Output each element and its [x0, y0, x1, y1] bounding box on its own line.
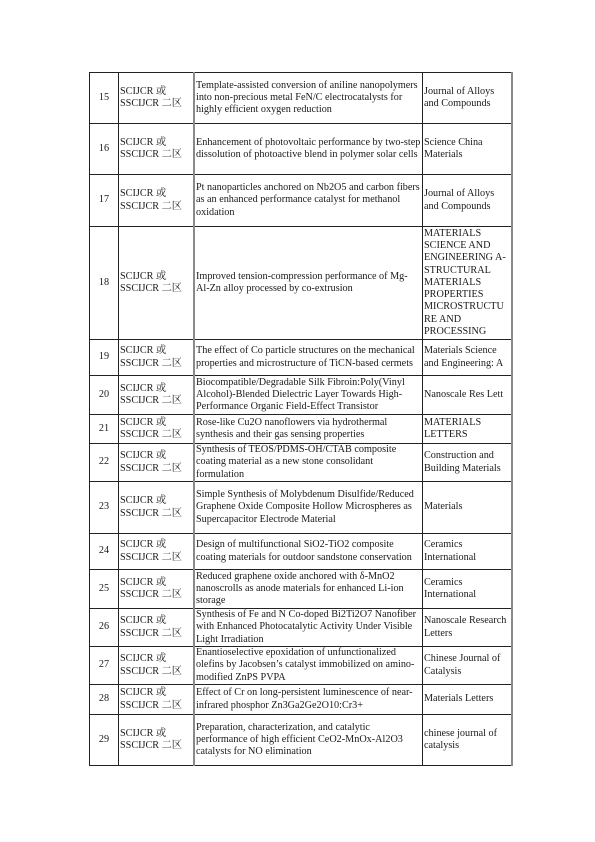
- table-row: 20 SCIJCR 或 SSCIJCR 二区 Biocompatible/Deg…: [90, 376, 513, 415]
- index-category: SCIJCR 或 SSCIJCR 二区: [119, 444, 195, 482]
- index-category: SCIJCR 或 SSCIJCR 二区: [119, 376, 195, 415]
- index-line-2: SSCIJCR 二区: [120, 283, 192, 295]
- paper-title: Improved tension-compression performance…: [194, 227, 423, 340]
- row-number: 15: [90, 73, 119, 124]
- row-number: 25: [90, 570, 119, 609]
- row-number: 18: [90, 227, 119, 340]
- index-category: SCIJCR 或 SSCIJCR 二区: [119, 73, 195, 124]
- journal-name: MATERIALS SCIENCE AND ENGINEERING A-STRU…: [423, 227, 513, 340]
- journal-name: Journal of Alloys and Compounds: [423, 73, 513, 124]
- row-number: 26: [90, 609, 119, 647]
- table-row: 21 SCIJCR 或 SSCIJCR 二区 Rose-like Cu2O na…: [90, 415, 513, 444]
- index-line-2: SSCIJCR 二区: [120, 700, 192, 712]
- paper-title: Reduced graphene oxide anchored with δ-M…: [194, 570, 423, 609]
- index-line-2: SSCIJCR 二区: [120, 358, 192, 370]
- journal-name: Materials Letters: [423, 685, 513, 715]
- paper-title: Template-assisted conversion of aniline …: [194, 73, 423, 124]
- table-row: 18 SCIJCR 或 SSCIJCR 二区 Improved tension-…: [90, 227, 513, 340]
- table-row: 19 SCIJCR 或 SSCIJCR 二区 The effect of Co …: [90, 340, 513, 376]
- document-page: 15 SCIJCR 或 SSCIJCR 二区 Template-assisted…: [0, 0, 595, 842]
- table-row: 23 SCIJCR 或 SSCIJCR 二区 Simple Synthesis …: [90, 482, 513, 534]
- index-line-1: SCIJCR 或: [120, 495, 192, 507]
- paper-title: Synthesis of TEOS/PDMS-OH/CTAB composite…: [194, 444, 423, 482]
- index-line-1: SCIJCR 或: [120, 653, 192, 665]
- index-line-1: SCIJCR 或: [120, 345, 192, 357]
- table-row: 22 SCIJCR 或 SSCIJCR 二区 Synthesis of TEOS…: [90, 444, 513, 482]
- row-number: 20: [90, 376, 119, 415]
- paper-title: Pt nanoparticles anchored on Nb2O5 and c…: [194, 175, 423, 227]
- index-line-2: SSCIJCR 二区: [120, 552, 192, 564]
- index-line-1: SCIJCR 或: [120, 728, 192, 740]
- index-line-2: SSCIJCR 二区: [120, 98, 192, 110]
- index-line-1: SCIJCR 或: [120, 86, 192, 98]
- row-number: 28: [90, 685, 119, 715]
- index-line-1: SCIJCR 或: [120, 383, 192, 395]
- index-line-1: SCIJCR 或: [120, 137, 192, 149]
- table-row: 29 SCIJCR 或 SSCIJCR 二区 Preparation, char…: [90, 715, 513, 766]
- paper-title: Biocompatible/Degradable Silk Fibroin:Po…: [194, 376, 423, 415]
- index-category: SCIJCR 或 SSCIJCR 二区: [119, 715, 195, 766]
- row-number: 19: [90, 340, 119, 376]
- index-category: SCIJCR 或 SSCIJCR 二区: [119, 534, 195, 570]
- index-line-2: SSCIJCR 二区: [120, 463, 192, 475]
- journal-name: Science China Materials: [423, 124, 513, 175]
- table-row: 28 SCIJCR 或 SSCIJCR 二区 Effect of Cr on l…: [90, 685, 513, 715]
- index-category: SCIJCR 或 SSCIJCR 二区: [119, 685, 195, 715]
- index-category: SCIJCR 或 SSCIJCR 二区: [119, 227, 195, 340]
- index-line-1: SCIJCR 或: [120, 687, 192, 699]
- index-line-2: SSCIJCR 二区: [120, 201, 192, 213]
- journal-name: Materials Science and Engineering: A: [423, 340, 513, 376]
- row-number: 29: [90, 715, 119, 766]
- journal-name: MATERIALS LETTERS: [423, 415, 513, 444]
- journal-name: Chinese Journal of Catalysis: [423, 647, 513, 685]
- publication-table-body: 15 SCIJCR 或 SSCIJCR 二区 Template-assisted…: [90, 73, 513, 766]
- paper-title: Preparation, characterization, and catal…: [194, 715, 423, 766]
- index-category: SCIJCR 或 SSCIJCR 二区: [119, 124, 195, 175]
- index-line-1: SCIJCR 或: [120, 577, 192, 589]
- table-row: 26 SCIJCR 或 SSCIJCR 二区 Synthesis of Fe a…: [90, 609, 513, 647]
- row-number: 27: [90, 647, 119, 685]
- index-category: SCIJCR 或 SSCIJCR 二区: [119, 175, 195, 227]
- paper-title: Design of multifunctional SiO2-TiO2 comp…: [194, 534, 423, 570]
- index-line-2: SSCIJCR 二区: [120, 395, 192, 407]
- index-line-2: SSCIJCR 二区: [120, 628, 192, 640]
- paper-title: Enhancement of photovoltaic performance …: [194, 124, 423, 175]
- index-category: SCIJCR 或 SSCIJCR 二区: [119, 482, 195, 534]
- index-category: SCIJCR 或 SSCIJCR 二区: [119, 570, 195, 609]
- index-line-2: SSCIJCR 二区: [120, 740, 192, 752]
- publication-table: 15 SCIJCR 或 SSCIJCR 二区 Template-assisted…: [89, 72, 513, 766]
- table-row: 15 SCIJCR 或 SSCIJCR 二区 Template-assisted…: [90, 73, 513, 124]
- index-category: SCIJCR 或 SSCIJCR 二区: [119, 415, 195, 444]
- index-line-1: SCIJCR 或: [120, 539, 192, 551]
- journal-name: Construction and Building Materials: [423, 444, 513, 482]
- paper-title: Rose-like Cu2O nanoflowers via hydrother…: [194, 415, 423, 444]
- row-number: 21: [90, 415, 119, 444]
- table-row: 16 SCIJCR 或 SSCIJCR 二区 Enhancement of ph…: [90, 124, 513, 175]
- index-line-1: SCIJCR 或: [120, 615, 192, 627]
- table-row: 24 SCIJCR 或 SSCIJCR 二区 Design of multifu…: [90, 534, 513, 570]
- journal-name: Nanoscale Res Lett: [423, 376, 513, 415]
- table-row: 25 SCIJCR 或 SSCIJCR 二区 Reduced graphene …: [90, 570, 513, 609]
- row-number: 22: [90, 444, 119, 482]
- index-line-2: SSCIJCR 二区: [120, 589, 192, 601]
- row-number: 23: [90, 482, 119, 534]
- index-line-2: SSCIJCR 二区: [120, 666, 192, 678]
- journal-name: Ceramics International: [423, 570, 513, 609]
- paper-title: Effect of Cr on long-persistent luminesc…: [194, 685, 423, 715]
- journal-name: Materials: [423, 482, 513, 534]
- row-number: 17: [90, 175, 119, 227]
- index-line-1: SCIJCR 或: [120, 450, 192, 462]
- journal-name: Nanoscale Research Letters: [423, 609, 513, 647]
- paper-title: Synthesis of Fe and N Co-doped Bi2Ti2O7 …: [194, 609, 423, 647]
- table-row: 27 SCIJCR 或 SSCIJCR 二区 Enantioselective …: [90, 647, 513, 685]
- index-category: SCIJCR 或 SSCIJCR 二区: [119, 609, 195, 647]
- row-number: 16: [90, 124, 119, 175]
- journal-name: Journal of Alloys and Compounds: [423, 175, 513, 227]
- index-category: SCIJCR 或 SSCIJCR 二区: [119, 340, 195, 376]
- paper-title: Enantioselective epoxidation of unfuncti…: [194, 647, 423, 685]
- paper-title: The effect of Co particle structures on …: [194, 340, 423, 376]
- index-line-1: SCIJCR 或: [120, 188, 192, 200]
- index-line-2: SSCIJCR 二区: [120, 429, 192, 441]
- index-line-2: SSCIJCR 二区: [120, 149, 192, 161]
- paper-title: Simple Synthesis of Molybdenum Disulfide…: [194, 482, 423, 534]
- index-category: SCIJCR 或 SSCIJCR 二区: [119, 647, 195, 685]
- journal-name: Ceramics International: [423, 534, 513, 570]
- index-line-1: SCIJCR 或: [120, 417, 192, 429]
- table-row: 17 SCIJCR 或 SSCIJCR 二区 Pt nanoparticles …: [90, 175, 513, 227]
- journal-name: chinese journal of catalysis: [423, 715, 513, 766]
- row-number: 24: [90, 534, 119, 570]
- index-line-2: SSCIJCR 二区: [120, 508, 192, 520]
- index-line-1: SCIJCR 或: [120, 271, 192, 283]
